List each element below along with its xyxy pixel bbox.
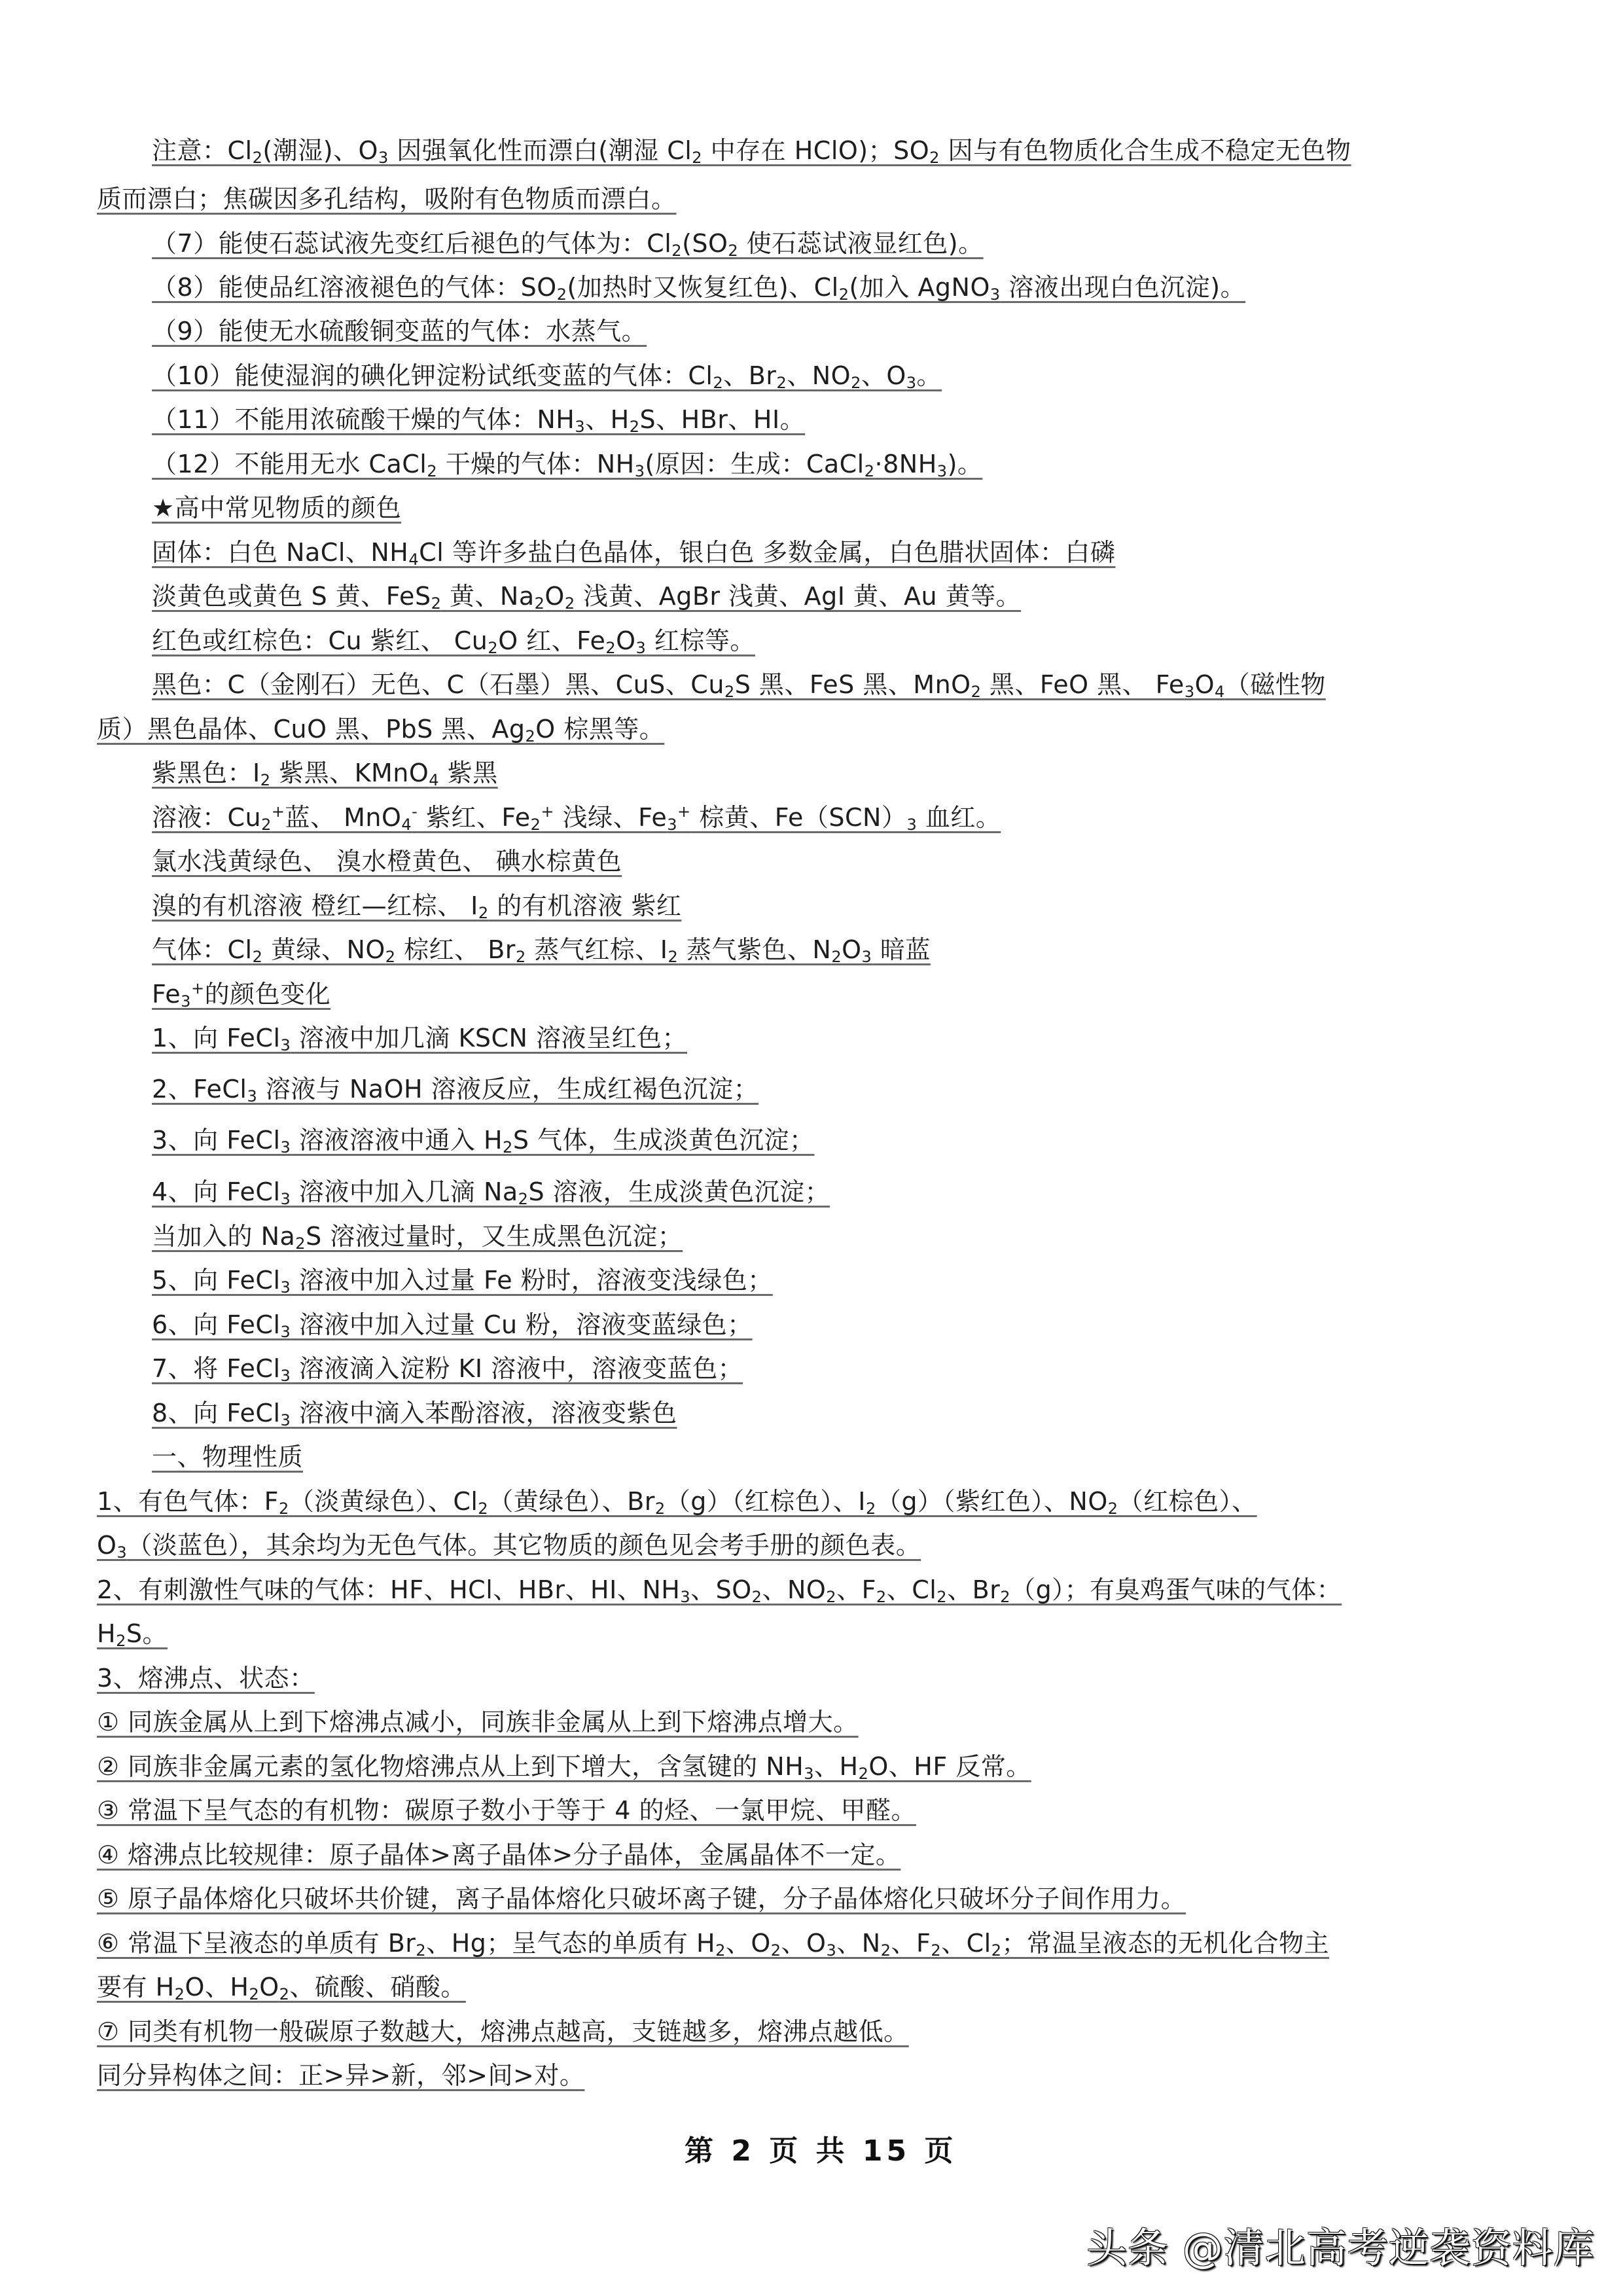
text-line: 溴的有机溶液 橙红—红棕、 I2 的有机溶液 紫红: [152, 890, 681, 922]
text-line: 质而漂白；焦碳因多孔结构，吸附有色物质而漂白。: [97, 183, 677, 215]
text-line: 气体：Cl2 黄绿、NO2 棕红、 Br2 蒸气红棕、I2 蒸气紫色、N2O3 …: [152, 934, 931, 965]
text-line: （8）能使品红溶液褪色的气体：SO2(加热时又恢复红色)、Cl2(加入 AgNO…: [152, 272, 1245, 303]
watermark: 头条 @清北高考逆袭资料库: [1086, 2215, 1595, 2274]
text-line: 3、向 FeCl3 溶液溶液中通入 H2S 气体，生成淡黄色沉淀；: [152, 1124, 815, 1156]
text-line: （7）能使石蕊试液先变红后褪色的气体为：Cl2(SO2 使石蕊试液显红色)。: [152, 228, 984, 259]
text-line: ③ 常温下呈气态的有机物：碳原子数小于等于 4 的烃、一氯甲烷、甲醛。: [97, 1795, 916, 1826]
text-line: ⑥ 常温下呈液态的单质有 Br2、Hg；呈气态的单质有 H2、O2、O3、N2、…: [97, 1928, 1329, 1959]
text-line: （10）能使湿润的碘化钾淀粉试纸变蓝的气体：Cl2、Br2、NO2、O3。: [152, 360, 942, 391]
text-line: H2S。: [97, 1618, 168, 1649]
text-line: 8、向 FeCl3 溶液中滴入苯酚溶液，溶液变紫色: [152, 1397, 677, 1429]
text-line: ⑤ 原子晶体熔化只破坏共价键，离子晶体熔化只破坏离子键，分子晶体熔化只破坏分子间…: [97, 1883, 1186, 1914]
text-line: 1、向 FeCl3 溶液中加几滴 KSCN 溶液呈红色；: [152, 1022, 687, 1054]
text-line: ④ 熔沸点比较规律：原子晶体>离子晶体>分子晶体，金属晶体不一定。: [97, 1839, 901, 1871]
text-line: 5、向 FeCl3 溶液中加入过量 Fe 粉时，溶液变浅绿色；: [152, 1265, 773, 1296]
text-line: 2、FeCl3 溶液与 NaOH 溶液反应，生成红褐色沉淀；: [152, 1073, 758, 1105]
text-line: ⑦ 同类有机物一般碳原子数越大，熔沸点越高，支链越多，熔沸点越低。: [97, 2016, 909, 2047]
text-line: 要有 H2O、H2O2、硫酸、硝酸。: [97, 1971, 466, 2003]
text-line: 7、将 FeCl3 溶液滴入淀粉 KI 溶液中，溶液变蓝色；: [152, 1353, 743, 1384]
text-line: （12）不能用无水 CaCl2 干燥的气体：NH3(原因：生成：CaCl2·8N…: [152, 448, 982, 480]
text-line: 质）黑色晶体、CuO 黑、PbS 黑、Ag2O 棕黑等。: [97, 713, 664, 745]
text-line: 当加入的 Na2S 溶液过量时，又生成黑色沉淀；: [152, 1221, 683, 1252]
text-line: 6、向 FeCl3 溶液中加入过量 Cu 粉，溶液变蓝绿色；: [152, 1309, 753, 1340]
text-line: 溶液：Cu2+蓝、 MnO4- 紫红、Fe2+ 浅绿、Fe3+ 棕黄、Fe（SC…: [152, 802, 1001, 833]
text-line: ② 同族非金属元素的氢化物熔沸点从上到下增大，含氢键的 NH3、H2O、HF 反…: [97, 1751, 1031, 1782]
text-line: 1、有色气体：F2（淡黄绿色）、Cl2（黄绿色）、Br2（g）（红棕色）、I2（…: [97, 1486, 1257, 1517]
document-page: 注意：Cl2(潮湿)、O3 因强氧化性而漂白(潮湿 Cl2 中存在 HClO)；…: [0, 0, 1623, 2296]
text-line: 氯水浅黄绿色、 溴水橙黄色、 碘水棕黄色: [152, 846, 622, 877]
page-number-footer: 第 2 页 共 15 页: [685, 2127, 957, 2169]
text-line: 注意：Cl2(潮湿)、O3 因强氧化性而漂白(潮湿 Cl2 中存在 HClO)；…: [152, 135, 1351, 166]
text-line: O3（淡蓝色），其余均为无色气体。其它物质的颜色见会考手册的颜色表。: [97, 1530, 921, 1561]
text-line: 紫黑色：I2 紫黑、KMnO4 紫黑: [152, 757, 498, 789]
text-line: 2、有刺激性气味的气体：HF、HCl、HBr、HI、NH3、SO2、NO2、F2…: [97, 1574, 1342, 1605]
text-line: Fe3+的颜色变化: [152, 978, 330, 1010]
text-line: （9）能使无水硫酸铜变蓝的气体：水蒸气。: [152, 315, 647, 347]
text-line: ① 同族金属从上到下熔沸点减小，同族非金属从上到下熔沸点增大。: [97, 1706, 859, 1738]
text-line: 黑色：C（金刚石）无色、C（石墨）黑、CuS、Cu2S 黑、FeS 黑、MnO2…: [152, 669, 1326, 700]
text-line: （11）不能用浓硫酸干燥的气体：NH3、H2S、HBr、HI。: [152, 404, 805, 435]
text-line: 4、向 FeCl3 溶液中加入几滴 Na2S 溶液，生成淡黄色沉淀；: [152, 1176, 830, 1208]
text-line: 同分异构体之间：正>异>新，邻>间>对。: [97, 2060, 584, 2091]
text-line: 淡黄色或黄色 S 黄、FeS2 黄、Na2O2 浅黄、AgBr 浅黄、AgI 黄…: [152, 581, 1021, 612]
text-line: 一、物理性质: [152, 1441, 303, 1473]
text-line: 固体：白色 NaCl、NH4Cl 等许多盐白色晶体，银白色 多数金属，白色腊状固…: [152, 537, 1115, 568]
text-line: 3、熔沸点、状态：: [97, 1662, 315, 1694]
text-line: ★高中常见物质的颜色: [152, 492, 401, 524]
text-line: 红色或红棕色：Cu 紫红、 Cu2O 红、Fe2O3 红棕等。: [152, 625, 755, 656]
